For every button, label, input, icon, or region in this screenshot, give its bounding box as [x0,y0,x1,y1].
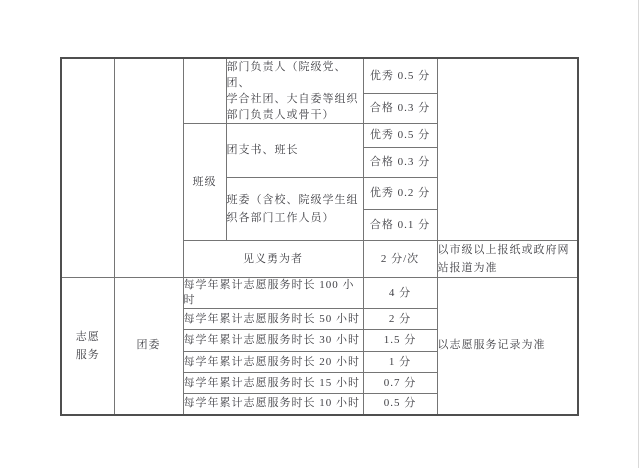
hero-score: 2 分/次 [363,241,437,278]
org-cell-league-committee: 团委 [114,278,183,415]
volunteer-row-desc: 每学年累计志愿服务时长 10 小时 [183,394,363,415]
document-page: 部门负责人（院级党、团、 学合社团、大自委等组织 部门负责人或骨干） 优秀 0.… [0,0,640,468]
league-secretary-pass-score: 合格 0.3 分 [363,148,437,178]
volunteer-category-line2: 服务 [62,346,114,364]
dept-leader-line3: 部门负责人或骨干） [227,107,363,123]
class-committee-line2: 织各部门工作人员） [227,209,363,227]
league-secretary-excellent-score: 优秀 0.5 分 [363,124,437,148]
volunteer-row-score: 0.7 分 [363,373,437,394]
dept-leader-pass-score: 合格 0.3 分 [363,94,437,124]
volunteer-row-desc: 每学年累计志愿服务时长 100 小时 [183,278,363,309]
hero-remark-line1: 以市级以上报纸或政府网 [438,241,578,259]
volunteer-row-score: 4 分 [363,278,437,309]
volunteer-row-desc: 每学年累计志愿服务时长 15 小时 [183,373,363,394]
volunteer-row-desc: 每学年累计志愿服务时长 50 小时 [183,309,363,330]
remark-cell-empty-top [437,58,578,241]
volunteer-row-score: 1 分 [363,352,437,373]
volunteer-category-line1: 志愿 [62,328,114,346]
score-table: 部门负责人（院级党、团、 学合社团、大自委等组织 部门负责人或骨干） 优秀 0.… [60,57,579,416]
subgroup-cell-empty-top [183,58,226,124]
org-cell-empty-top [114,58,183,278]
dept-leader-line2: 学合社团、大自委等组织 [227,91,363,107]
hero-remark-line2: 站报道为准 [438,259,578,277]
dept-leader-excellent-score: 优秀 0.5 分 [363,58,437,94]
class-committee-excellent-score: 优秀 0.2 分 [363,178,437,210]
league-secretary-cell: 团支书、班长 [226,124,363,178]
class-group-label-cell: 班级 [183,124,226,241]
dept-leader-cell: 部门负责人（院级党、团、 学合社团、大自委等组织 部门负责人或骨干） [226,58,363,124]
class-committee-cell: 班委（含校、院级学生组 织各部门工作人员） [226,178,363,241]
page-edge-line [638,0,639,468]
category-cell-empty-top [61,58,114,278]
volunteer-row-score: 0.5 分 [363,394,437,415]
volunteer-row-score: 1.5 分 [363,330,437,352]
hero-remark-cell: 以市级以上报纸或政府网 站报道为准 [437,241,578,278]
category-cell-volunteer: 志愿 服务 [61,278,114,415]
dept-leader-line1: 部门负责人（院级党、团、 [227,59,363,91]
class-committee-pass-score: 合格 0.1 分 [363,210,437,241]
hero-cell: 见义勇为者 [183,241,363,278]
volunteer-row-desc: 每学年累计志愿服务时长 30 小时 [183,330,363,352]
volunteer-row-score: 2 分 [363,309,437,330]
class-committee-line1: 班委（含校、院级学生组 [227,191,363,209]
volunteer-row-desc: 每学年累计志愿服务时长 20 小时 [183,352,363,373]
volunteer-remark-cell: 以志愿服务记录为准 [437,278,578,415]
